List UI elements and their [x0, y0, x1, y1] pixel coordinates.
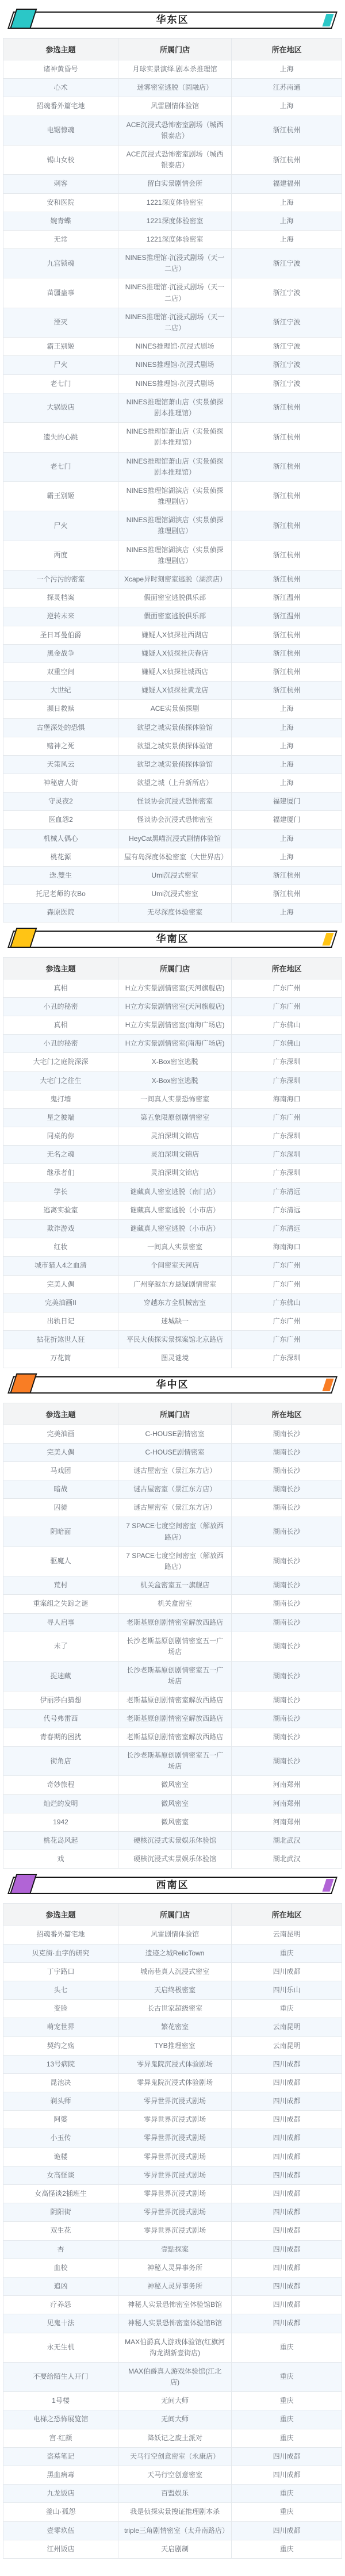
theme-cell: 大锅饭店 [3, 393, 118, 422]
table-row: 大世纪嫌疑人X侦探社黄龙店浙江杭州 [3, 682, 342, 700]
store-cell: 零异世界沉浸式剧场 [118, 2203, 232, 2222]
theme-cell: 壹零玖伍 [3, 2521, 118, 2540]
store-cell: 长古世家超级密室 [118, 2000, 232, 2018]
region-cell: 湖南长沙 [232, 1461, 342, 1480]
theme-cell: 重案组之失踪之谜 [3, 1595, 118, 1613]
table-row: 荒村机关盒密室五一旗舰店湖南长沙 [3, 1576, 342, 1595]
table-row: 见鬼十法神秘人实景恐怖密室体验馆B馆四川成都 [3, 2314, 342, 2333]
store-cell: 零异世界沉浸式剧场 [118, 2092, 232, 2111]
store-cell: 假面密室逃脱俱乐部 [118, 589, 232, 607]
region-cell: 重庆 [232, 1944, 342, 1962]
table-row: 老七门NINES推理馆·沉浸式剧场浙江宁波 [3, 374, 342, 393]
region-cell: 浙江杭州 [232, 663, 342, 681]
theme-cell: 贝克街·血字的研究 [3, 1944, 118, 1962]
store-cell: 迷雾密室逃脱（圆融店） [118, 79, 232, 97]
table-row: 赌神之死欲望之城实景侦探体验馆上海 [3, 737, 342, 755]
table-row: 釜山·孤怨我是侦探实景搜证推理剧本杀重庆 [3, 2503, 342, 2521]
theme-cell: 驱魔人 [3, 1547, 118, 1576]
region-cell: 四川成都 [232, 2148, 342, 2166]
store-cell: 假面密室逃脱俱乐部 [118, 607, 232, 626]
region-cell: 四川成都 [232, 2055, 342, 2073]
store-cell: 嫌疑人X侦探社庆春店 [118, 644, 232, 663]
table-row: 宫·红颜降妖记之废土派对重庆 [3, 2429, 342, 2447]
store-cell: ACE沉浸式恐怖密室剧场（城西银泰店） [118, 116, 232, 145]
theme-cell: 星之彼端 [3, 1108, 118, 1127]
table-row: 招魂番外篇宅地风雷剧情体验馆上海 [3, 97, 342, 116]
region-cell: 四川成都 [232, 2314, 342, 2333]
table-row: 囚徒谜古屋密室（景江东方店）湖南长沙 [3, 1499, 342, 1517]
table-row: 刺客留白实景剧情会所福建福州 [3, 175, 342, 193]
table-row: 疗养怨神秘人实景恐怖密室体验馆B馆四川成都 [3, 2296, 342, 2314]
store-cell: 怪谈协会沉浸式恐怖密室 [118, 793, 232, 811]
store-cell: NINES推理馆湖滨店（实景侦探推理剧店） [118, 511, 232, 541]
region-cell: 广东广州 [232, 997, 342, 1016]
store-cell: Umi沉浸式密室 [118, 885, 232, 904]
column-header-store: 所属门店 [118, 957, 232, 979]
region-cell: 福建福州 [232, 175, 342, 193]
regions-page: 华东区 参选主题所属门店所在地区 诸神黄昏号月球实景演绎.剧本杀推理馆上海心术迷… [0, 0, 345, 2576]
store-cell: 嫌疑人X侦探社城西店 [118, 663, 232, 681]
theme-cell: 守灵夜2 [3, 793, 118, 811]
table-row: 街角店长沙老斯基原创剧情密室五一广场店湖南长沙 [3, 1747, 342, 1776]
store-cell: C-HOUSE剧情密室 [118, 1443, 232, 1461]
store-cell: 老斯基原创剧情密室解放西路店 [118, 1728, 232, 1746]
region-cell: 重庆 [232, 2429, 342, 2447]
region-cell: 浙江宁波 [232, 356, 342, 374]
store-cell: Xcape异时刻密室逃脱（湖滨店） [118, 571, 232, 589]
table-header-row: 参选主题所属门店所在地区 [3, 1403, 342, 1425]
theme-cell: 萌宠世界 [3, 2018, 118, 2037]
store-cell: 嫌疑人X侦探社西湖店 [118, 626, 232, 644]
store-cell: 图灵谜境 [118, 1349, 232, 1368]
store-cell: 神秘人灵异事务所 [118, 2277, 232, 2295]
theme-cell: 真相 [3, 1016, 118, 1034]
theme-cell: 大宅门之往生 [3, 1071, 118, 1090]
store-cell: 第五象限原创剧情密室 [118, 1108, 232, 1127]
region-cell: 福建厦门 [232, 793, 342, 811]
store-cell: 平民大侦探实景探案馆北京路店 [118, 1331, 232, 1349]
region-cell: 湖南长沙 [232, 1547, 342, 1576]
theme-cell: 大世纪 [3, 682, 118, 700]
region-cell: 四川成都 [232, 2521, 342, 2540]
region-cell: 四川成都 [232, 2240, 342, 2259]
region-section: 华东区 参选主题所属门店所在地区 诸神黄昏号月球实景演绎.剧本杀推理馆上海心术迷… [0, 12, 345, 923]
region-cell: 浙江宁波 [232, 338, 342, 356]
theme-cell: 头七 [3, 1981, 118, 1999]
store-cell: 遗迹之城RelicTown [118, 1944, 232, 1962]
table-row: 双重空间嫌疑人X侦探社城西店浙江杭州 [3, 663, 342, 681]
store-cell: 神秘人实景恐怖密室体验馆B馆 [118, 2296, 232, 2314]
store-cell: 1221深度体验密室 [118, 212, 232, 230]
table-row: 盗墓笔记天马行空创意密室（永康店）四川成都 [3, 2447, 342, 2466]
store-cell: 怪谈协会沉浸式恐怖密室 [118, 811, 232, 829]
region-cell: 浙江杭州 [232, 885, 342, 904]
store-cell: 零异世界沉浸式剧场 [118, 2148, 232, 2166]
store-cell: 谜古屋密室（景江东方店） [118, 1499, 232, 1517]
store-cell: NINES推理馆萧山店（实景侦探剧本推理馆） [118, 423, 232, 452]
store-cell: 屋有岛深度体验密室（大世界店） [118, 848, 232, 866]
store-cell: 穿越东方全机械密室 [118, 1293, 232, 1312]
theme-cell: 女高怪谈 [3, 2166, 118, 2184]
store-cell: C-HOUSE剧情密室 [118, 1425, 232, 1443]
store-cell: 零异鬼院沉浸式体验剧场 [118, 2073, 232, 2092]
region-title: 华东区 [7, 12, 338, 29]
region-cell: 重庆 [232, 2333, 342, 2362]
region-cell: 湖南长沙 [232, 1709, 342, 1728]
table-row: 同桌的你灵泊深圳文锦店广东深圳 [3, 1127, 342, 1146]
theme-cell: 赌神之死 [3, 737, 118, 755]
store-cell: 零异世界沉浸式剧场 [118, 2111, 232, 2129]
theme-cell: 完美人偶 [3, 1443, 118, 1461]
table-row: 剃头师零异世界沉浸式剧场四川成都 [3, 2092, 342, 2111]
table-row: 欺诈游戏谜藏真人密室逃脱（小市店）广东清远 [3, 1220, 342, 1238]
region-cell: 湖南长沙 [232, 1425, 342, 1443]
store-cell: 1221深度体验密室 [118, 193, 232, 212]
theme-cell: 捉迷藏 [3, 1662, 118, 1691]
table-row: 大宅门之庭院深深X-Box密室逃脱广东深圳 [3, 1053, 342, 1071]
store-cell: 1221深度体验密室 [118, 230, 232, 248]
theme-cell: 神秘唐人街 [3, 774, 118, 793]
store-cell: NINES推理馆·沉浸式剧场（天一二店） [118, 249, 232, 278]
column-header-region: 所在地区 [232, 1904, 342, 1926]
theme-cell: 无常 [3, 230, 118, 248]
theme-cell: 荒村 [3, 1576, 118, 1595]
table-row: 捉迷藏长沙老斯基原创剧情密室五一广场店湖南长沙 [3, 1662, 342, 1691]
theme-cell: 戏 [3, 1850, 118, 1869]
theme-cell: 万花筒 [3, 1349, 118, 1368]
region-cell: 海南海口 [232, 1238, 342, 1257]
table-row: 苗疆蛊事NINES推理馆·沉浸式剧场（天一二店）浙江宁波 [3, 278, 342, 308]
table-row: 永无生机MAX伯爵真人游戏体验馆(红旗河沟龙湖新壹街店)重庆 [3, 2333, 342, 2362]
theme-cell: 黑血病毒 [3, 2466, 118, 2485]
theme-cell: 城市猎人4之血清 [3, 1257, 118, 1275]
theme-cell: 红妆 [3, 1238, 118, 1257]
table-row: 霸王别姬NINES推理馆·沉浸式剧场浙江宁波 [3, 338, 342, 356]
table-row: 1942微风密室河南郑州 [3, 1813, 342, 1831]
region-cell: 重庆 [232, 2503, 342, 2521]
table-row: 红妆一间真人实景密室海南海口 [3, 1238, 342, 1257]
store-cell: 神秘人实景恐怖密室体验馆B馆 [118, 2314, 232, 2333]
store-cell: ACE沉浸式恐怖密室剧场（城西银泰店） [118, 145, 232, 174]
region-cell: 上海 [232, 848, 342, 866]
table-row: 九宫锁魂NINES推理馆·沉浸式剧场（天一二店）浙江宁波 [3, 249, 342, 278]
table-row: 城市猎人4之血清个间密室天河店广东广州 [3, 1257, 342, 1275]
theme-cell: 杏 [3, 2240, 118, 2259]
region-cell: 上海 [232, 97, 342, 116]
theme-cell: 伊丽莎白猜想 [3, 1691, 118, 1709]
region-cell: 上海 [232, 700, 342, 718]
theme-cell: 湮灭 [3, 308, 118, 337]
table-row: 完美油画II穿越东方全机械密室广东佛山 [3, 1293, 342, 1312]
table-row: 神秘唐人街欲望之城（上升新所店）上海 [3, 774, 342, 793]
region-cell: 重庆 [232, 2000, 342, 2018]
region-cell: 湖北武汉 [232, 1832, 342, 1850]
store-cell: NINES推理馆·沉浸式剧场 [118, 356, 232, 374]
region-cell: 浙江杭州 [232, 867, 342, 885]
theme-cell: 霸王别姬 [3, 481, 118, 511]
table-row: 招魂番外篇宅地风雷剧情体验馆云南昆明 [3, 1926, 342, 1944]
region-cell: 上海 [232, 755, 342, 774]
region-cell: 江苏南通 [232, 79, 342, 97]
table-row: 小玉传零异世界沉浸式剧场四川成都 [3, 2129, 342, 2148]
table-row: 机械人偶心HeyCat黑喵沉浸式剧情体验馆上海 [3, 829, 342, 848]
region-cell: 云南昆明 [232, 1926, 342, 1944]
table-row: 追凶神秘人灵异事务所四川成都 [3, 2277, 342, 2295]
theme-cell: 13号病院 [3, 2055, 118, 2073]
region-cell: 浙江杭州 [232, 571, 342, 589]
store-cell: 天马行空创意密室（永康店） [118, 2447, 232, 2466]
store-cell: 微风密室 [118, 1794, 232, 1813]
store-cell: H立方实景剧情密室(天河旗舰店) [118, 979, 232, 997]
theme-cell: 圣日耳曼伯爵 [3, 626, 118, 644]
table-row: 出轨日记迷城缺一广东广州 [3, 1312, 342, 1330]
region-cell: 上海 [232, 60, 342, 79]
table-row: 戏硬核沉浸式实景娱乐体验馆湖北武汉 [3, 1850, 342, 1869]
store-cell: 零异世界沉浸式剧场 [118, 2222, 232, 2240]
table-row: 不要给陌生人开门MAX伯爵真人游戏体验馆(江北店)重庆 [3, 2362, 342, 2391]
store-cell: 百盟娱乐 [118, 2485, 232, 2503]
theme-cell: 马戏团 [3, 1461, 118, 1480]
table-row: 阴阳街零异世界沉浸式剧场四川成都 [3, 2203, 342, 2222]
store-cell: 天马行空创意密室 [118, 2466, 232, 2485]
table-row: 变脸长古世家超级密室重庆 [3, 2000, 342, 2018]
theme-cell: 托尼老师的衣Bo [3, 885, 118, 904]
store-cell: 零异世界沉浸式剧场 [118, 2185, 232, 2203]
store-cell: MAX伯爵真人游戏体验馆(江北店) [118, 2362, 232, 2391]
theme-cell: 小玉传 [3, 2129, 118, 2148]
table-row: 星之彼端第五象限原创剧情密室广东广州 [3, 1108, 342, 1127]
table-row: 小丑的秘密H立方实景剧情密室(南海广场店)广东佛山 [3, 1035, 342, 1053]
region-cell: 上海 [232, 718, 342, 737]
table-row: 大锅饭店NINES推理馆萧山店（实景侦探剧本推理馆）浙江杭州 [3, 393, 342, 422]
store-cell: NINES推理馆·沉浸式剧场（天一二店） [118, 278, 232, 308]
theme-cell: 电锯惊魂 [3, 116, 118, 145]
table-row: 真相H立方实景剧情密室(天河旗舰店)广东广州 [3, 979, 342, 997]
table-row: 拈花折煞世人狂平民大侦探实景探案馆北京路店广东广州 [3, 1331, 342, 1349]
region-cell: 广东广州 [232, 1331, 342, 1349]
region-cell: 四川成都 [232, 2277, 342, 2295]
theme-cell: 尸火 [3, 511, 118, 541]
column-header-region: 所在地区 [232, 1403, 342, 1425]
store-cell: 神秘人灵异事务所 [118, 2259, 232, 2277]
store-cell: 迷城缺一 [118, 1312, 232, 1330]
region-cell: 四川成都 [232, 2447, 342, 2466]
store-cell: 无尽深度体验密室 [118, 904, 232, 922]
region-banner: 华南区 [7, 931, 338, 948]
table-row: 继承者们灵泊深圳文锦店广东深圳 [3, 1164, 342, 1182]
region-cell: 湖北武汉 [232, 1850, 342, 1869]
store-cell: 欲望之城实景侦探体验馆 [118, 737, 232, 755]
region-cell: 湖南长沙 [232, 1728, 342, 1746]
store-cell: TYB推理密室 [118, 2037, 232, 2055]
region-cell: 湖南长沙 [232, 1576, 342, 1595]
table-row: 鬼打墙一间真人实景恐怖密室海南海口 [3, 1090, 342, 1108]
region-cell: 湖南长沙 [232, 1632, 342, 1661]
region-cell: 重庆 [232, 2392, 342, 2410]
store-cell: X-Box密室逃脱 [118, 1053, 232, 1071]
region-cell: 广东清远 [232, 1201, 342, 1219]
region-cell: 广东广州 [232, 979, 342, 997]
table-row: 万花筒图灵谜境广东深圳 [3, 1349, 342, 1368]
theme-cell: 完美人偶 [3, 1275, 118, 1293]
theme-cell: 安和医院 [3, 193, 118, 212]
region-cell: 四川成都 [232, 2185, 342, 2203]
theme-cell: 招魂番外篇宅地 [3, 1926, 118, 1944]
store-cell: NINES推理馆萧山店（实景侦探剧本推理馆） [118, 452, 232, 481]
region-cell: 四川成都 [232, 2259, 342, 2277]
table-row: 森原医院无尽深度体验密室上海 [3, 904, 342, 922]
store-cell: 7 SPACE七度空间密室（解放西路店） [118, 1517, 232, 1547]
table-row: 灿烂的发明微风密室河南郑州 [3, 1794, 342, 1813]
region-cell: 浙江杭州 [232, 423, 342, 452]
table-row: 迭.雙生Umi沉浸式密室浙江杭州 [3, 867, 342, 885]
table-row: 驱魔人7 SPACE七度空间密室（解放西路店）湖南长沙 [3, 1547, 342, 1576]
region-cell: 浙江温州 [232, 607, 342, 626]
theme-cell: 盗墓笔记 [3, 2447, 118, 2466]
region-cell: 上海 [232, 737, 342, 755]
region-cell: 湖南长沙 [232, 1443, 342, 1461]
table-row: 两度NINES推理馆湖滨店（实景侦探推理剧店）浙江杭州 [3, 541, 342, 570]
theme-cell: 契约之殇 [3, 2037, 118, 2055]
store-cell: 欲望之城实景侦探体验馆 [118, 718, 232, 737]
table-row: 未了长沙老斯基原创剧情密室五一广场店湖南长沙 [3, 1632, 342, 1661]
region-cell: 湖南长沙 [232, 1480, 342, 1499]
store-cell: H立方实景剧情密室(南海广场店) [118, 1016, 232, 1034]
region-cell: 浙江宁波 [232, 308, 342, 337]
region-cell: 浙江杭州 [232, 481, 342, 511]
theme-cell: 未了 [3, 1632, 118, 1661]
region-cell: 广东广州 [232, 1275, 342, 1293]
table-row: 托尼老师的衣BoUmi沉浸式密室浙江杭州 [3, 885, 342, 904]
table-row: 小丑的秘密H立方实景剧情密室(天河旗舰店)广东广州 [3, 997, 342, 1016]
table-row: 完美油画C-HOUSE剧情密室湖南长沙 [3, 1425, 342, 1443]
table-row: 尸火NINES推理馆湖滨店（实景侦探推理剧店）浙江杭州 [3, 511, 342, 541]
region-cell: 湖南长沙 [232, 1517, 342, 1547]
table-row: 医血怨2怪谈协会沉浸式恐怖密室福建厦门 [3, 811, 342, 829]
theme-cell: 黑金战争 [3, 644, 118, 663]
theme-cell: 变脸 [3, 2000, 118, 2018]
column-header-theme: 参选主题 [3, 957, 118, 979]
table-row: 古堡深处的恐惧欲望之城实景侦探体验馆上海 [3, 718, 342, 737]
theme-cell: 无名之魂 [3, 1146, 118, 1164]
theme-cell: 诡楼 [3, 2148, 118, 2166]
store-cell: 老斯基原创剧情密室解放西路店 [118, 1691, 232, 1709]
region-cell: 四川成都 [232, 2129, 342, 2148]
theme-cell: 婉青蝶 [3, 212, 118, 230]
region-cell: 广东深圳 [232, 1127, 342, 1146]
theme-cell: 完美油画 [3, 1425, 118, 1443]
region-cell: 四川成都 [232, 2203, 342, 2222]
store-cell: 零异世界沉浸式剧场 [118, 2129, 232, 2148]
region-cell: 广东广州 [232, 1312, 342, 1330]
table-row: 血校神秘人灵异事务所四川成都 [3, 2259, 342, 2277]
region-title: 华中区 [7, 1376, 338, 1394]
theme-cell: 尸火 [3, 356, 118, 374]
theme-cell: 逆转未来 [3, 607, 118, 626]
table-row: 青春期的困扰老斯基原创剧情密室解放西路店湖南长沙 [3, 1728, 342, 1746]
theme-cell: 古堡深处的恐惧 [3, 718, 118, 737]
theme-cell: 暗战 [3, 1480, 118, 1499]
store-cell: NINES推理馆·沉浸式剧场（天一二店） [118, 308, 232, 337]
theme-cell: 街角店 [3, 1747, 118, 1776]
table-row: 13号病院零异鬼院沉浸式体验剧场四川成都 [3, 2055, 342, 2073]
region-cell: 上海 [232, 212, 342, 230]
theme-cell: 小丑的秘密 [3, 1035, 118, 1053]
region-cell: 浙江杭州 [232, 541, 342, 570]
store-cell: 繁花密室 [118, 2018, 232, 2037]
region-banner: 华东区 [7, 12, 338, 29]
region-title: 华南区 [7, 931, 338, 948]
store-cell: 谜藏真人密室逃脱（小市店） [118, 1220, 232, 1238]
theme-cell: 诸神黄昏号 [3, 60, 118, 79]
table-row: 女高怪谈零异世界沉浸式剧场四川成都 [3, 2166, 342, 2184]
store-cell: 老斯基原创剧情密室解放西路店 [118, 1709, 232, 1728]
theme-cell: 釜山·孤怨 [3, 2503, 118, 2521]
themes-table: 参选主题所属门店所在地区 招魂番外篇宅地风雷剧情体验馆云南昆明贝克街·血字的研究… [3, 1903, 342, 2559]
region-cell: 海南海口 [232, 1090, 342, 1108]
table-row: 逃离实验室谜藏真人密室逃脱（小市店）广东清远 [3, 1201, 342, 1219]
region-cell: 浙江宁波 [232, 374, 342, 393]
table-row: 重案组之失踪之谜机关盒密室湖南长沙 [3, 1595, 342, 1613]
region-cell: 广东深圳 [232, 1349, 342, 1368]
region-cell: 河南郑州 [232, 1794, 342, 1813]
column-header-store: 所属门店 [118, 1904, 232, 1926]
theme-cell: 剃头师 [3, 2092, 118, 2111]
region-cell: 四川成都 [232, 2111, 342, 2129]
table-row: 无名之魂灵泊深圳文锦店广东深圳 [3, 1146, 342, 1164]
region-title: 西南区 [7, 1877, 338, 1894]
region-cell: 浙江杭州 [232, 511, 342, 541]
theme-cell: 欺诈游戏 [3, 1220, 118, 1238]
store-cell: triple三角剧情密室（太升南路店） [118, 2521, 232, 2540]
store-cell: X-Box密室逃脱 [118, 1071, 232, 1090]
table-row: 完美人偶C-HOUSE剧情密室湖南长沙 [3, 1443, 342, 1461]
theme-cell: 宫·红颜 [3, 2429, 118, 2447]
theme-cell: 探灵档案 [3, 589, 118, 607]
store-cell: 城南巷真人沉浸式密室 [118, 1962, 232, 1981]
region-cell: 浙江杭州 [232, 682, 342, 700]
theme-cell: 不要给陌生人开门 [3, 2362, 118, 2391]
region-cell: 上海 [232, 774, 342, 793]
store-cell: Umi沉浸式密室 [118, 867, 232, 885]
theme-cell: 1942 [3, 1813, 118, 1831]
theme-cell: 完美油画II [3, 1293, 118, 1312]
theme-cell: 阴阳街 [3, 2203, 118, 2222]
column-header-region: 所在地区 [232, 39, 342, 60]
store-cell: 个间密室天河店 [118, 1257, 232, 1275]
region-cell: 福建厦门 [232, 811, 342, 829]
region-section: 西南区 参选主题所属门店所在地区 招魂番外篇宅地风雷剧情体验馆云南昆明贝克街·血… [0, 1877, 345, 2559]
theme-cell: 招魂番外篇宅地 [3, 97, 118, 116]
region-cell: 上海 [232, 230, 342, 248]
region-cell: 湖南长沙 [232, 1662, 342, 1691]
theme-cell: 丁宇路口 [3, 1962, 118, 1981]
theme-cell: 苗疆蛊事 [3, 278, 118, 308]
table-row: 探灵档案假面密室逃脱俱乐部浙江温州 [3, 589, 342, 607]
table-row: 大宅门之往生X-Box密室逃脱广东深圳 [3, 1071, 342, 1090]
store-cell: 微风密室 [118, 1813, 232, 1831]
column-header-store: 所属门店 [118, 1403, 232, 1425]
theme-cell: 一个污污的密室 [3, 571, 118, 589]
store-cell: MAX伯爵真人游戏体验馆(红旗河沟龙湖新壹街店) [118, 2333, 232, 2362]
region-cell: 重庆 [232, 2410, 342, 2429]
store-cell: 广州穿越东方悬疑剧情密室 [118, 1275, 232, 1293]
theme-cell: 两度 [3, 541, 118, 570]
table-row: 头七天启终极密室四川乐山 [3, 1981, 342, 1999]
theme-cell: 拈花折煞世人狂 [3, 1331, 118, 1349]
store-cell: 欲望之城（上升新所店） [118, 774, 232, 793]
region-cell: 广东深圳 [232, 1164, 342, 1182]
